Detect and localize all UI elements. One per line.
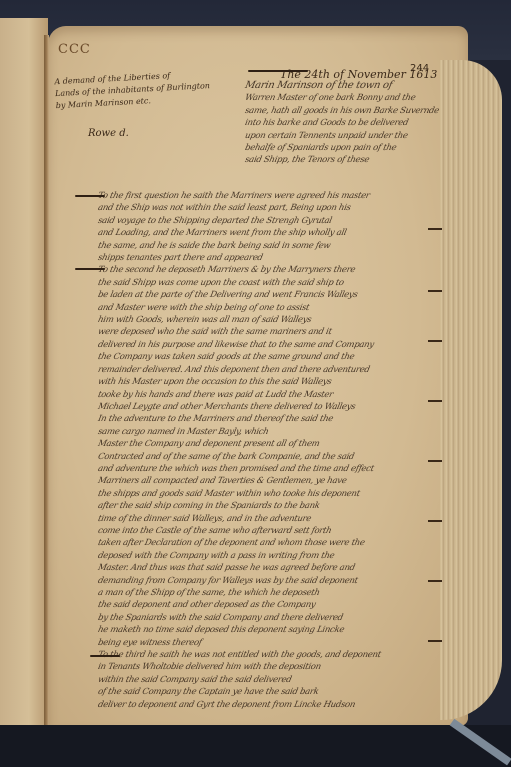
handwritten-line: come into the Castle of the same who aft… (97, 525, 445, 537)
body-paragraphs: To the first question he saith the Marri… (98, 190, 443, 711)
handwritten-line: and the Ship was not within the said lea… (97, 202, 445, 214)
handwritten-line: To the third he saith he was not entitle… (97, 649, 445, 661)
heading-flourish (248, 70, 308, 72)
handwritten-line: delivered in his purpose and likewise th… (97, 339, 445, 351)
handwritten-line: and Loading, and the Marriners went from… (97, 227, 445, 239)
handwritten-line: within the said Company said the said de… (97, 674, 445, 686)
line-end-dash (428, 460, 442, 462)
dark-background-bottom (0, 725, 511, 767)
handwritten-line: said voyage to the Shipping departed the… (97, 215, 445, 227)
line-end-dash (428, 400, 442, 402)
handwritten-line: In the adventure to the Marriners and th… (97, 413, 445, 425)
handwritten-line: by the Spaniards with the said Company a… (97, 612, 445, 624)
handwritten-line: Michael Leygte and other Merchants there… (97, 401, 445, 413)
handwritten-line: To the second he deposeth Marriners & by… (97, 264, 445, 276)
handwritten-line: same, hath all goods in his own Barke Su… (244, 105, 447, 117)
line-end-dash (428, 640, 442, 642)
line-end-dash (428, 340, 442, 342)
handwritten-line: and Master were with the ship being of o… (97, 302, 445, 314)
handwritten-line: shipps tenantes part there and appeared (97, 252, 445, 264)
handwritten-line: the shipps and goods said Master within … (97, 488, 445, 500)
handwritten-line: a man of the Shipp of the same, the whic… (97, 587, 445, 599)
handwritten-line: were deposed who the said with the same … (97, 326, 445, 338)
handwritten-line: Warren Master of one bark Bonny and the (244, 92, 447, 104)
margin-signature: Rowe d. (88, 128, 129, 139)
handwritten-line: him with Goods, wherein was all man of s… (97, 314, 445, 326)
handwritten-line: Contracted and of the same of the bark C… (97, 451, 445, 463)
handwritten-line: demanding from Company for Walleys was b… (97, 575, 445, 587)
handwritten-line: the said Shipp was come upon the coast w… (97, 277, 445, 289)
handwritten-line: and adventure the which was then promise… (97, 463, 445, 475)
handwritten-line: deposed with the Company with a pass in … (97, 550, 445, 562)
handwritten-line: To the first question he saith the Marri… (97, 190, 445, 202)
handwritten-line: remainder delivered. And this deponent t… (97, 364, 445, 376)
handwritten-line: of the said Company the Captain ye have … (97, 686, 445, 698)
handwritten-line: deliver to deponent and Gyrt the deponen… (97, 699, 445, 711)
handwritten-line: behalfe of Spaniards upon pain of the (244, 142, 447, 154)
handwritten-line: into his barke and Goods to be delivered (244, 117, 447, 129)
handwritten-line: Marin Marinson of the town of (244, 80, 447, 92)
handwritten-line: the Company was taken said goods at the … (97, 351, 445, 363)
handwritten-line: taken after Declaration of the deponent … (97, 537, 445, 549)
left-page (0, 18, 48, 730)
handwritten-line: being eye witness thereof (97, 637, 445, 649)
handwritten-line: time of the dinner said Walleys, and in … (97, 513, 445, 525)
handwritten-line: he maketh no time said deposed this depo… (97, 624, 445, 636)
line-end-dash (428, 290, 442, 292)
handwritten-line: said Shipp, the Tenors of these (244, 154, 447, 166)
book-gutter (44, 35, 49, 725)
handwritten-line: be laden at the parte of the Delivering … (97, 289, 445, 301)
handwritten-line: tooke by his hands and there was paid at… (97, 389, 445, 401)
handwritten-line: in Tenants Wholtobie delivered him with … (97, 661, 445, 673)
handwritten-line: the same, and he is saide the bark being… (97, 240, 445, 252)
page-edges-stack (440, 60, 502, 720)
header-paragraph: Marin Marinson of the town of Warren Mas… (245, 80, 445, 167)
handwritten-line: upon certain Tennents unpaid under the (244, 130, 447, 142)
handwritten-line: Master. And thus was that said passe he … (97, 562, 445, 574)
line-end-dash (428, 520, 442, 522)
handwritten-line: Master the Company and deponent present … (97, 438, 445, 450)
line-end-dash (428, 580, 442, 582)
handwritten-line: with his Master upon the occasion to thi… (97, 376, 445, 388)
handwritten-line: Marriners all compacted and Taverties & … (97, 475, 445, 487)
handwritten-line: after the said ship coming in the Spania… (97, 500, 445, 512)
handwritten-line: the said deponent and other deposed as t… (97, 599, 445, 611)
folio-mark: CCC (58, 42, 91, 57)
line-end-dash (428, 228, 442, 230)
handwritten-line: same cargo named in Master Bayly, which (97, 426, 445, 438)
